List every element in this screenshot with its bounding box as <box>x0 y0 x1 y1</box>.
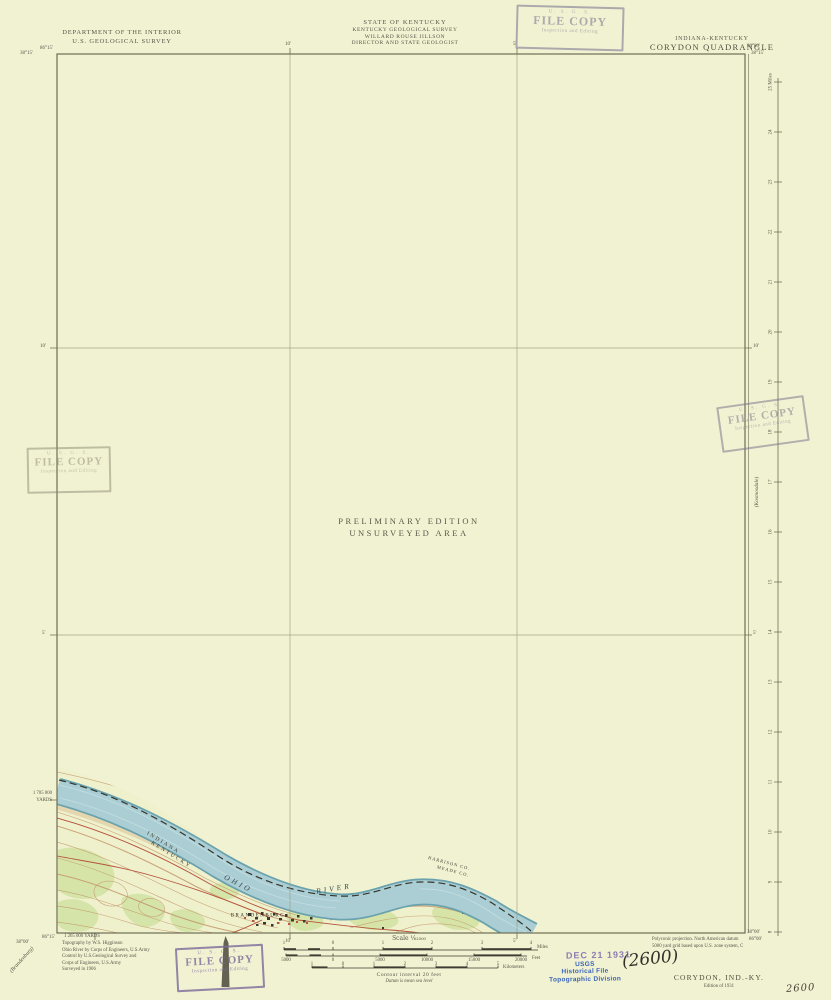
scalebar-feet-label: 10000 <box>421 958 433 963</box>
miles-ruler <box>774 78 782 936</box>
file-copy-stamp-top: U. S. G. S. FILE COPY Inspection and Edi… <box>515 5 624 52</box>
corner-top-right-lat: 38°15' <box>751 51 764 57</box>
ruler-label: 24 <box>768 130 774 135</box>
scalebar-feet-label: 0 <box>332 958 334 963</box>
scalebar-miles-unit: Miles <box>537 945 548 950</box>
preliminary-edition-line: PRELIMINARY EDITION <box>338 517 479 526</box>
ruler-label: 16 <box>768 530 774 535</box>
ruler-label: 8 <box>768 931 774 934</box>
scalebar-feet-label: 5000 <box>281 958 291 963</box>
state-line-4: DIRECTOR AND STATE GEOLOGIST <box>352 40 459 46</box>
minute-tick-bottom-10: 10' <box>285 939 291 945</box>
corner-top-left-lon: 86°15' <box>40 46 53 52</box>
ruler-label: 13 <box>768 680 774 685</box>
scalebar-km-label: 3 <box>435 962 437 967</box>
corner-top-right-lon: 86°00' <box>747 44 760 50</box>
scalebar-km-label: 1 <box>311 962 313 967</box>
file-copy-stamp-left: U. S. G. S. FILE COPY Inspection and Edi… <box>27 446 112 493</box>
scalebar-km-label: 1 <box>373 962 375 967</box>
credit-line: Surveyed in 1906 <box>62 967 96 972</box>
minute-tick-left-5: 5' <box>42 631 45 637</box>
dept-line-2: U.S. GEOLOGICAL SURVEY <box>72 38 172 45</box>
stamp-line-2: FILE COPY <box>29 455 109 469</box>
yards-bottom-label: 1 265 000 YARDS <box>64 934 100 939</box>
minute-tick-right-10: 10' <box>753 344 759 350</box>
scalebar-miles-label: 4 <box>530 941 532 946</box>
yards-left-value: 1 705 000 <box>33 791 52 796</box>
ruler-label: 21 <box>768 280 774 285</box>
usgs-historical-file-stamp: USGS Historical File Topographic Divisio… <box>544 960 626 984</box>
edition-note: Edition of 1931 <box>704 984 734 989</box>
dept-line-1: DEPARTMENT OF THE INTERIOR <box>62 29 181 36</box>
ruler-label: 9 <box>768 881 774 884</box>
scalebar-km-label: 5 <box>497 962 499 967</box>
scalebar-miles-label: 2 <box>431 941 433 946</box>
usgs-stamp-line-3: Topographic Division <box>544 975 626 984</box>
scalebar-km-label: 0 <box>342 962 344 967</box>
file-copy-stamp-bottom: U. S. G. S. FILE COPY Inspection and Edi… <box>175 944 265 993</box>
ruler-label: 14 <box>768 630 774 635</box>
scalebar-miles-label: 1 <box>382 941 384 946</box>
ruler-label: 19 <box>768 380 774 385</box>
minute-tick-top-10: 10' <box>285 42 291 48</box>
ruler-label: 18 <box>768 430 774 435</box>
ruler-label: 11 <box>768 780 774 785</box>
sheet-title: CORYDON, IND.-KY. <box>674 974 764 982</box>
map-artwork <box>0 0 831 1000</box>
credit-line: Corps of Engineers, U.S.Army <box>62 961 121 966</box>
ruler-label: 17 <box>768 480 774 485</box>
state-line-3: WILLARD ROUSE JILLSON <box>365 34 445 40</box>
ruler-label: 12 <box>768 730 774 735</box>
corner-bottom-right-lon: 86°00' <box>749 937 762 943</box>
scalebar-feet-unit: Feet <box>532 956 540 961</box>
edge-ticks <box>50 48 752 940</box>
scale-label: Scale ¹⁄₆₂₅₀₀ <box>392 936 426 943</box>
minute-tick-right-5: 5' <box>753 631 756 637</box>
scalebar-km-label: 2 <box>404 962 406 967</box>
projection-note-1: Polyconic projection. North American dat… <box>652 937 738 942</box>
corner-bottom-right-lat: 38°00' <box>747 930 760 936</box>
datum-note: Datum is mean sea level <box>386 979 433 984</box>
scalebar-miles-label: 3 <box>481 941 483 946</box>
contour-interval-note: Contour interval 20 feet <box>377 972 442 978</box>
state-line-2: KENTUCKY GEOLOGICAL SURVEY <box>352 27 457 33</box>
adjoining-quad-east: (Kosmosdale) <box>754 477 760 508</box>
credit-line: Ohio River by Corps of Engineers, U.S.Ar… <box>62 948 150 953</box>
ruler-label: 20 <box>768 330 774 335</box>
stamp-line-3: Inspection and Editing <box>29 468 109 474</box>
neatline <box>57 54 745 933</box>
credit-line: Topography by W.S. Higginson <box>62 941 123 946</box>
scalebar-feet-label: 15000 <box>468 958 480 963</box>
map-sheet: DEPARTMENT OF THE INTERIOR U.S. GEOLOGIC… <box>0 0 831 1000</box>
state-line-1: STATE OF KENTUCKY <box>363 19 446 26</box>
corner-bottom-left-lon: 86°15' <box>42 935 55 941</box>
ruler-label: 15 <box>768 580 774 585</box>
ruler-label: 25 Miles <box>768 73 774 91</box>
corner-bottom-left-lat: 38°00' <box>16 940 29 946</box>
credit-line: Control by U.S.Geological Survey and <box>62 954 136 959</box>
scalebar-km-unit: Kilometers <box>503 965 524 970</box>
scalebar-km-label: 4 <box>466 962 468 967</box>
scalebar-miles-label: 1 <box>283 941 285 946</box>
minute-tick-top-5: 5' <box>513 42 516 48</box>
graticule-grid <box>57 54 745 933</box>
scalebar-feet-label: 5000 <box>375 958 385 963</box>
handwritten-number: 2600 <box>786 982 816 995</box>
town-label-brandenburg: BRANDENBURG <box>231 913 286 919</box>
minute-tick-left-10: 10' <box>40 344 46 350</box>
ruler-label: 23 <box>768 180 774 185</box>
stamp-line-2: FILE COPY <box>518 14 622 31</box>
scalebar-miles-label: 0 <box>332 941 334 946</box>
ruler-label: 10 <box>768 830 774 835</box>
ruler-label: 22 <box>768 230 774 235</box>
scale-bars <box>284 947 538 968</box>
unsurveyed-area-line: UNSURVEYED AREA <box>349 529 468 538</box>
minute-tick-bottom-5: 5' <box>513 939 516 945</box>
yards-left-unit: YARDS <box>36 798 52 803</box>
corner-top-left-lat: 38°15' <box>20 51 33 57</box>
scalebar-feet-label: 20000 <box>515 958 527 963</box>
